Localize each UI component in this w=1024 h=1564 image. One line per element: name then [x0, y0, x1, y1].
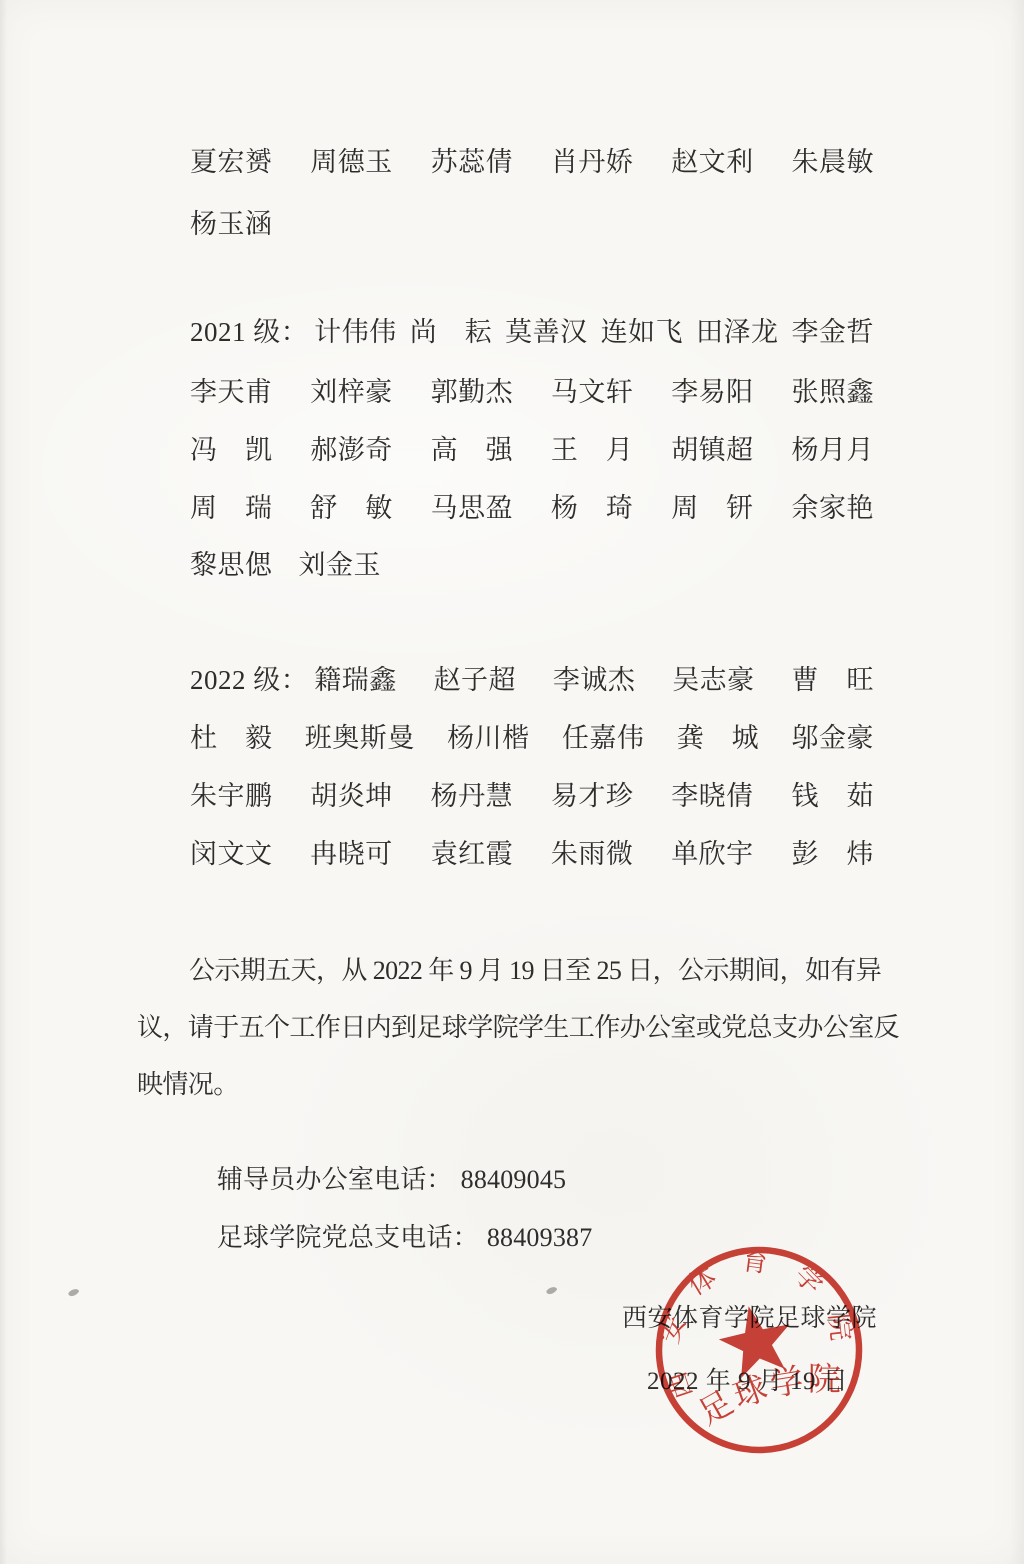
student-name: 肖丹娇 [551, 146, 634, 180]
student-name: 田泽龙 [696, 316, 779, 350]
student-name: 周 瑞 [190, 492, 273, 526]
ink-speck [67, 1288, 80, 1298]
notice-paragraph-line-2: 议，请于五个工作日内到足球学院学生工作办公室或党总支办公室反 [137, 1012, 884, 1045]
student-name: 彭 炜 [791, 838, 874, 872]
student-name: 马思盈 [431, 492, 514, 526]
party-branch-phone-number: 88409387 [487, 1223, 593, 1252]
student-name: 郝澎奇 [310, 434, 393, 468]
student-name: 郭勤杰 [431, 376, 514, 410]
student-name: 李易阳 [671, 376, 754, 410]
party-branch-phone-label: 足球学院党总支电话： [217, 1223, 479, 1252]
student-name: 朱雨微 [551, 838, 634, 872]
student-name: 朱晨敏 [791, 146, 874, 180]
student-name: 单欣宇 [671, 838, 754, 872]
official-stamp: 西安体育学院 足球学院 [648, 1240, 874, 1464]
student-names-row: 籍瑞鑫赵子超李诚杰吴志豪曹 旺 [314, 664, 874, 698]
student-name: 钱 茹 [791, 780, 874, 814]
student-names-row: 黎思偲刘金玉 [190, 549, 874, 583]
ink-speck [545, 1286, 558, 1296]
student-name: 李晓倩 [671, 780, 754, 814]
student-name: 李天甫 [190, 376, 273, 410]
student-name: 冯 凯 [190, 434, 273, 468]
student-name: 舒 敏 [310, 492, 393, 526]
student-name: 黎思偲 [190, 549, 273, 583]
student-name: 胡炎坤 [310, 780, 393, 814]
student-name: 杨丹慧 [431, 780, 514, 814]
class-2022-row: 2022 级： 籍瑞鑫赵子超李诚杰吴志豪曹 旺 [190, 664, 874, 698]
student-names-row: 冯 凯郝澎奇高 强王 月胡镇超杨月月 [190, 434, 874, 468]
student-name: 曹 旺 [792, 664, 875, 698]
student-name: 连如飞 [601, 316, 684, 350]
student-name: 赵子超 [434, 664, 517, 698]
student-name: 闵文文 [190, 838, 273, 872]
student-name: 赵文利 [671, 146, 754, 180]
student-name: 计伟伟 [314, 316, 397, 350]
student-name: 任嘉伟 [562, 722, 645, 756]
student-name: 胡镇超 [671, 434, 754, 468]
student-names-row: 周 瑞舒 敏马思盈杨 琦周 钘余家艳 [190, 492, 874, 526]
student-name: 杨月月 [791, 434, 874, 468]
student-name: 刘梓豪 [310, 376, 393, 410]
student-name: 周德玉 [310, 146, 393, 180]
class-2021-row: 2021 级： 计伟伟尚 耘莫善汉连如飞田泽龙李金哲 [190, 316, 874, 350]
student-name: 杨玉涵 [190, 208, 273, 242]
student-name: 冉晓可 [310, 838, 393, 872]
student-name: 余家艳 [791, 492, 874, 526]
student-name: 李金哲 [791, 316, 874, 350]
student-name: 吴志豪 [672, 664, 755, 698]
notice-paragraph-line-1: 公示期五天，从 2022 年 9 月 19 日至 25 日，公示期间，如有异 [137, 955, 884, 988]
student-name: 杨川楷 [447, 722, 530, 756]
student-name: 邬金豪 [791, 722, 874, 756]
student-name: 莫善汉 [505, 316, 588, 350]
student-names-row: 计伟伟尚 耘莫善汉连如飞田泽龙李金哲 [314, 316, 874, 350]
student-name: 班奥斯曼 [305, 722, 415, 756]
student-name: 杨 琦 [551, 492, 634, 526]
student-name: 袁红霞 [431, 838, 514, 872]
student-names-row: 朱宇鹏胡炎坤杨丹慧易才珍李晓倩钱 茹 [190, 780, 874, 814]
student-name: 周 钘 [671, 492, 754, 526]
student-name: 张照鑫 [791, 376, 874, 410]
student-names-row: 杨玉涵 [190, 208, 874, 242]
student-name: 易才珍 [551, 780, 634, 814]
student-names-row: 夏宏赟周德玉苏蕊倩肖丹娇赵文利朱晨敏 [190, 146, 874, 180]
class-2021-label: 2021 级： [190, 316, 308, 350]
document-page: 夏宏赟周德玉苏蕊倩肖丹娇赵文利朱晨敏 杨玉涵 2021 级： 计伟伟尚 耘莫善汉… [0, 0, 1024, 1564]
student-name: 龚 城 [677, 722, 760, 756]
student-name: 李诚杰 [553, 664, 636, 698]
student-name: 杜 毅 [190, 722, 273, 756]
student-names-row: 杜 毅班奥斯曼杨川楷任嘉伟龚 城邬金豪 [190, 722, 874, 756]
class-2022-label: 2022 级： [190, 664, 308, 698]
student-names-row: 李天甫刘梓豪郭勤杰马文轩李易阳张照鑫 [190, 376, 874, 410]
student-name: 朱宇鹏 [190, 780, 273, 814]
student-name: 刘金玉 [299, 549, 382, 583]
student-names-row: 闵文文冉晓可袁红霞朱雨微单欣宇彭 炜 [190, 838, 874, 872]
student-name: 王 月 [551, 434, 634, 468]
student-name: 马文轩 [551, 376, 634, 410]
student-name: 夏宏赟 [190, 146, 273, 180]
student-name: 尚 耘 [410, 316, 493, 350]
notice-paragraph-line-3: 映情况。 [137, 1069, 884, 1102]
student-name: 苏蕊倩 [431, 146, 514, 180]
student-name: 高 强 [431, 434, 514, 468]
student-name: 籍瑞鑫 [314, 664, 397, 698]
